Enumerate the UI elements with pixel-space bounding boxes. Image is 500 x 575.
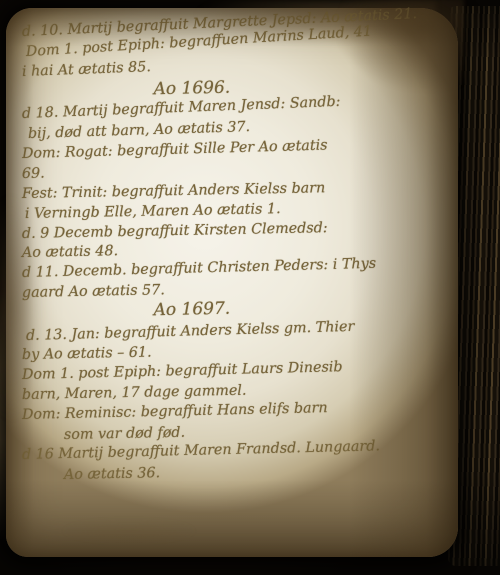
photograph-of-register-page: d. 10. Martij begraffuit Margrette Jepsd… [0,0,500,575]
stain-bottom [64,520,194,542]
book-page: d. 10. Martij begraffuit Margrette Jepsd… [6,8,458,557]
manuscript-text: d. 10. Martij begraffuit Margrette Jepsd… [22,23,432,486]
